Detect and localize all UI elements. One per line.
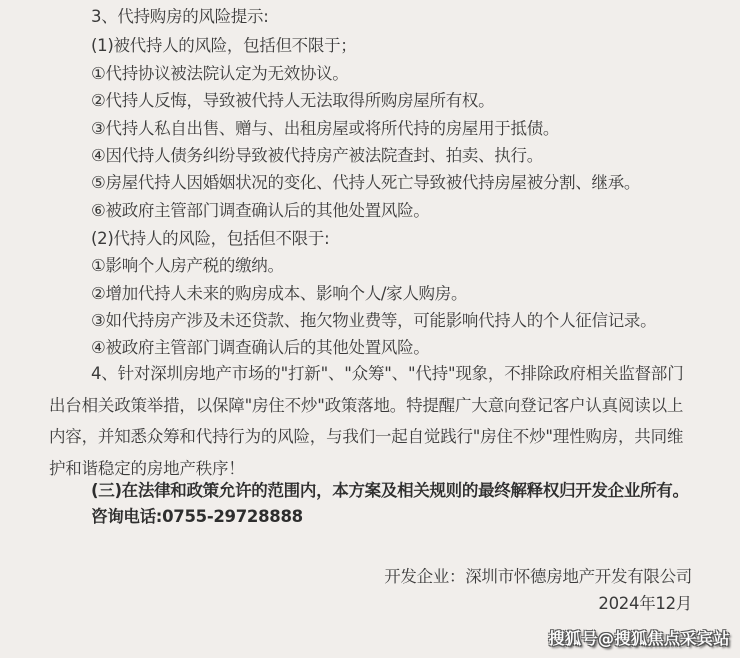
- section-4-paragraph: 4、针对深圳房地产市场的"打新"、"众筹"、"代持"现象，不排除政府相关监督部门…: [49, 358, 699, 484]
- risk-item: ①代持协议被法院认定为无效协议。: [91, 63, 349, 85]
- risk-subheading-1: (1)被代持人的风险，包括但不限于；: [91, 35, 356, 57]
- risk-item: ①影响个人房产税的缴纳。: [91, 255, 284, 277]
- consultation-phone: 咨询电话:0755-29728888: [91, 506, 303, 528]
- risk-item: ③如代持房产涉及未还贷款、拖欠物业费等，可能影响代持人的个人征信记录。: [91, 310, 656, 332]
- risk-item: ③代持人私自出售、赠与、出租房屋或将所代持的房屋用于抵债。: [91, 118, 559, 140]
- risk-item: ④被政府主管部门调查确认后的其他处置风险。: [91, 337, 430, 359]
- document-date: 2024年12月: [598, 593, 692, 615]
- risk-item: ④因代持人债务纠纷导致被代持房产被法院查封、拍卖、执行。: [91, 145, 543, 167]
- risk-item: ②增加代持人未来的购房成本、影响个人/家人购房。: [91, 283, 467, 305]
- developer-name: 开发企业：深圳市怀德房地产开发有限公司: [384, 566, 692, 588]
- section-3-heading: 3、代持购房的风险提示:: [91, 6, 268, 28]
- risk-item: ⑥被政府主管部门调查确认后的其他处置风险。: [91, 200, 430, 222]
- risk-item: ⑤房屋代持人因婚姻状况的变化、代持人死亡导致被代持房屋被分割、继承。: [91, 172, 640, 194]
- document-page: 3、代持购房的风险提示: (1)被代持人的风险，包括但不限于； ①代持协议被法院…: [0, 0, 740, 658]
- risk-item: ②代持人反悔，导致被代持人无法取得所购房屋所有权。: [91, 90, 494, 112]
- sohu-watermark: 搜狐号@搜狐焦点采宾站: [548, 626, 730, 649]
- interpretation-clause: (三)在法律和政策允许的范围内，本方案及相关规则的最终解释权归开发企业所有。: [91, 480, 689, 502]
- risk-subheading-2: (2)代持人的风险，包括但不限于:: [91, 228, 329, 250]
